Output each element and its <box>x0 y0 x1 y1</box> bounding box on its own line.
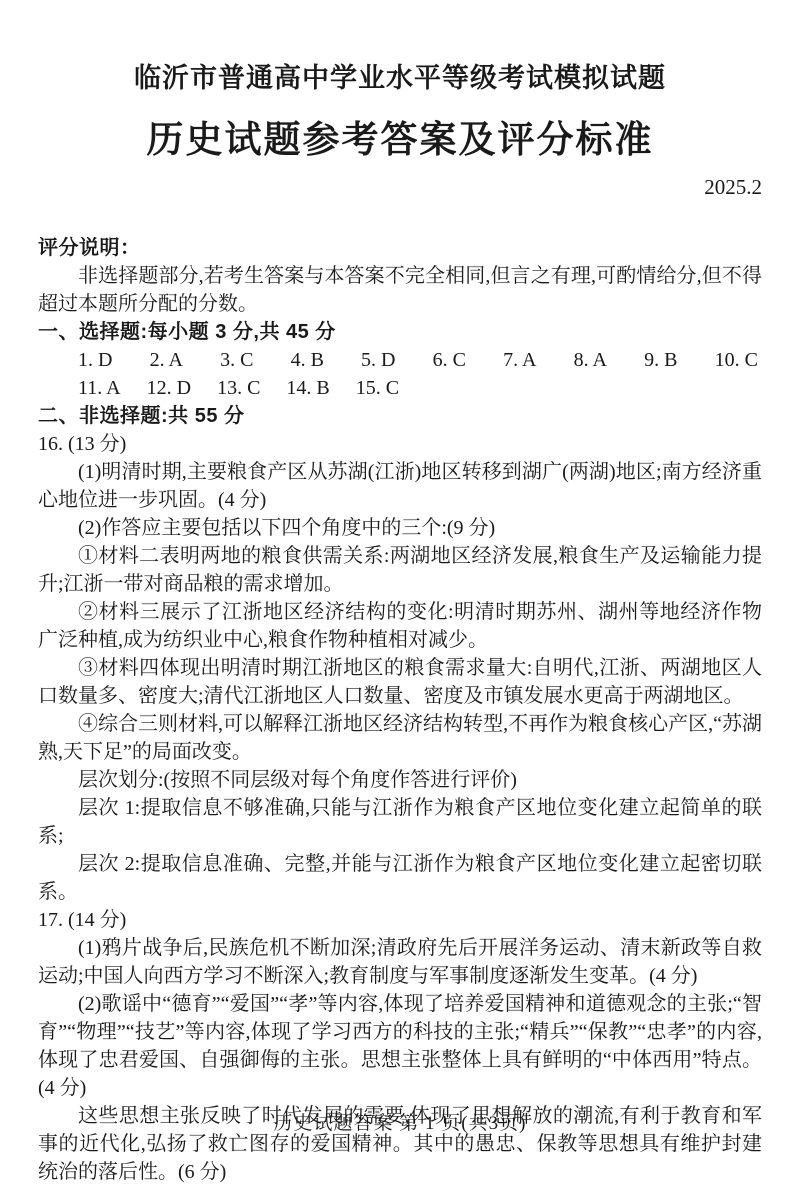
exam-date: 2025.2 <box>38 175 762 200</box>
page-title: 历史试题参考答案及评分标准 <box>38 109 762 163</box>
frq-section-heading: 二、非选择题:共 55 分 <box>38 402 762 430</box>
q16-level-division: 层次划分:(按照不同层级对每个角度作答进行评价) <box>38 766 762 794</box>
mcq-section-heading: 一、选择题:每小题 3 分,共 45 分 <box>38 318 762 346</box>
mcq-answers-row-1: 1. D 2. A 3. C 4. B 5. D 6. C 7. A 8. A … <box>38 346 762 374</box>
mcq-answer-10: 10. C <box>715 346 758 374</box>
q16-answer-angle3: ③材料四体现出明清时期江浙地区的粮食需求量大:自明代,江浙、两湖地区人口数量多、… <box>38 654 762 710</box>
mcq-answer-8: 8. A <box>574 346 607 374</box>
question-16-label: 16. (13 分) <box>38 430 762 458</box>
q16-answer-part1: (1)明清时期,主要粮食产区从苏湖(江浙)地区转移到湖广(两湖)地区;南方经济重… <box>38 458 762 514</box>
mcq-answer-6: 6. C <box>433 346 466 374</box>
mcq-answers-row-2: 11. A 12. D 13. C 14. B 15. C <box>38 374 762 402</box>
mcq-answer-11: 11. A <box>78 374 121 402</box>
mcq-answer-1: 1. D <box>78 346 112 374</box>
q16-answer-angle2: ②材料三展示了江浙地区经济结构的变化:明清时期苏州、湖州等地经济作物广泛种植,成… <box>38 598 762 654</box>
page-footer: 历史试题答案 第 1 页(共3页) <box>0 1108 800 1135</box>
scoring-note-text: 非选择题部分,若考生答案与本答案不完全相同,但言之有理,可酌情给分,但不得超过本… <box>38 262 762 318</box>
q16-answer-part2: (2)作答应主要包括以下四个角度中的三个:(9 分) <box>38 514 762 542</box>
mcq-answer-5: 5. D <box>361 346 395 374</box>
q16-level-1: 层次 1:提取信息不够准确,只能与江浙作为粮食产区地位变化建立起简单的联系; <box>38 794 762 850</box>
question-17-label: 17. (14 分) <box>38 906 762 934</box>
mcq-answer-4: 4. B <box>291 346 324 374</box>
mcq-answer-2: 2. A <box>150 346 183 374</box>
q16-answer-angle1: ①材料二表明两地的粮食供需关系:两湖地区经济发展,粮食生产及运输能力提升;江浙一… <box>38 542 762 598</box>
q17-answer-part2: (2)歌谣中“德育”“爱国”“孝”等内容,体现了培养爱国精神和道德观念的主张;“… <box>38 990 762 1102</box>
q16-answer-angle4: ④综合三则材料,可以解释江浙地区经济结构转型,不再作为粮食核心产区,“苏湖熟,天… <box>38 710 762 766</box>
exam-answer-page: 临沂市普通高中学业水平等级考试模拟试题 历史试题参考答案及评分标准 2025.2… <box>0 0 800 1189</box>
scoring-note-heading: 评分说明： <box>38 234 762 262</box>
mcq-answer-13: 13. C <box>217 374 260 402</box>
mcq-answer-7: 7. A <box>503 346 536 374</box>
mcq-answer-9: 9. B <box>644 346 677 374</box>
q16-level-2: 层次 2:提取信息准确、完整,并能与江浙作为粮食产区地位变化建立起密切联系。 <box>38 850 762 906</box>
mcq-answer-14: 14. B <box>286 374 329 402</box>
mcq-answer-15: 15. C <box>356 374 399 402</box>
exam-subtitle: 临沂市普通高中学业水平等级考试模拟试题 <box>38 0 762 95</box>
mcq-answer-12: 12. D <box>147 374 191 402</box>
q17-answer-part1: (1)鸦片战争后,民族危机不断加深;清政府先后开展洋务运动、清末新政等自救运动;… <box>38 934 762 990</box>
answer-content: 评分说明： 非选择题部分,若考生答案与本答案不完全相同,但言之有理,可酌情给分,… <box>38 234 762 1186</box>
mcq-answer-3: 3. C <box>220 346 253 374</box>
